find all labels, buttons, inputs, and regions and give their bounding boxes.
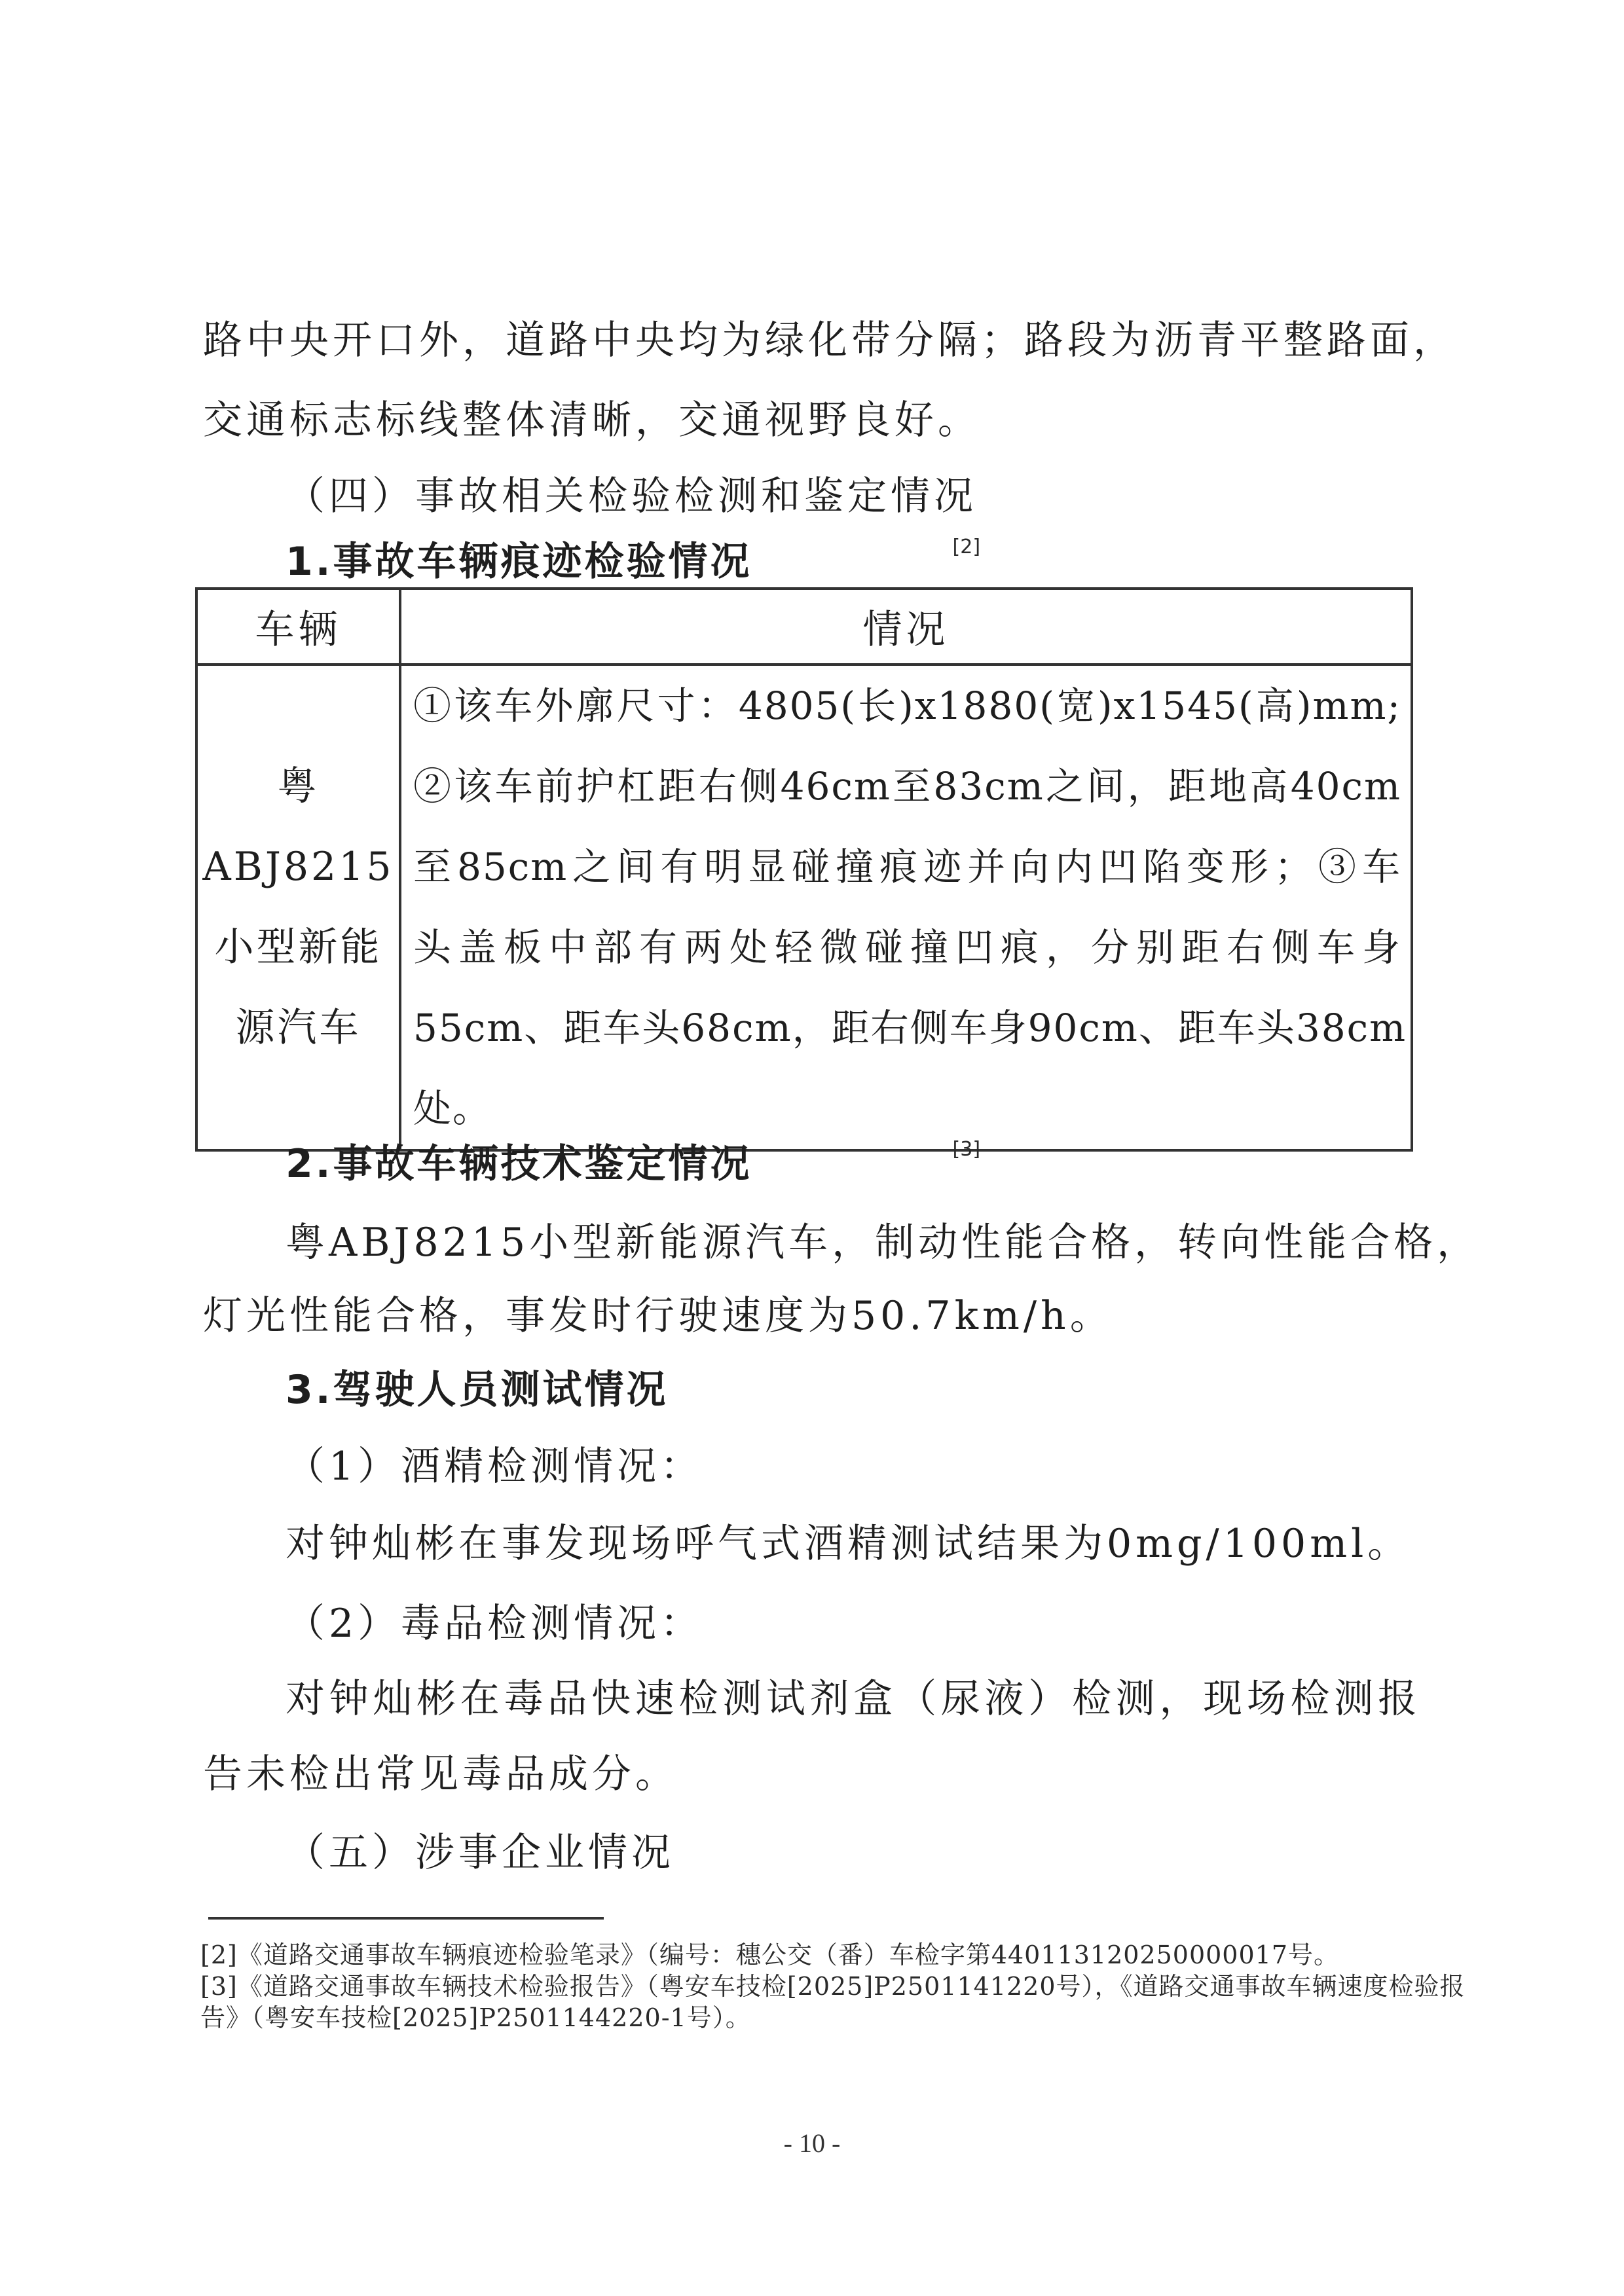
header-situation: 情况 — [400, 589, 1412, 665]
section-heading-4: （四）事故相关检验检测和鉴定情况 — [286, 470, 1421, 522]
section-heading-5: （五）涉事企业情况 — [286, 1827, 1421, 1879]
description-cell: ①该车外廓尺寸：4805(长)x1880(宽)x1545(高)mm; ②该车前护… — [400, 665, 1412, 1150]
vehicle-line: ABJ8215 — [198, 827, 399, 907]
subheading-trace-inspection: 1.事故车辆痕迹检验情况[2] — [286, 536, 1421, 588]
footnote-ref-2[interactable]: [2] — [953, 536, 981, 558]
subheading-technical-appraisal-title: 2.事故车辆技术鉴定情况 — [286, 1141, 752, 1187]
trace-inspection-table: 车辆 情况 粤 ABJ8215 小型新能 源汽车 ①该车外廓尺寸：4805(长)… — [195, 587, 1413, 1152]
description-line: 处。 — [413, 1068, 1401, 1149]
footnote-ref-3[interactable]: [3] — [953, 1138, 981, 1161]
footnote-3-line-1: [3]《道路交通事故车辆技术检验报告》（粤安车技检[2025]P25011412… — [200, 1971, 1418, 2002]
paragraph-tech-line-1: 粤ABJ8215小型新能源汽车，制动性能合格，转向性能合格， — [286, 1216, 1421, 1269]
table-header-row: 车辆 情况 — [196, 589, 1412, 665]
subheading-driver-tests: 3.驾驶人员测试情况 — [286, 1364, 1421, 1416]
table-row: 粤 ABJ8215 小型新能 源汽车 ①该车外廓尺寸：4805(长)x1880(… — [196, 665, 1412, 1150]
footnote-3-line-2: 告》（粤安车技检[2025]P2501144220-1号）。 — [200, 2002, 1418, 2033]
description-line: 至85cm之间有明显碰撞痕迹并向内凹陷变形；③车 — [413, 827, 1401, 907]
paragraph-road-line-2: 交通标志标线整体清晰，交通视野良好。 — [203, 394, 1421, 446]
paragraph-tech-line-2: 灯光性能合格，事发时行驶速度为50.7km/h。 — [203, 1290, 1421, 1342]
description-line: ①该车外廓尺寸：4805(长)x1880(宽)x1545(高)mm; — [413, 666, 1401, 746]
drug-test-line-1: 对钟灿彬在毒品快速检测试剂盒（尿液）检测，现场检测报 — [286, 1673, 1421, 1725]
header-vehicle: 车辆 — [196, 589, 400, 665]
description-line: 头盖板中部有两处轻微碰撞凹痕，分别距右侧车身 — [413, 907, 1401, 988]
footnote-2: [2]《道路交通事故车辆痕迹检验笔录》（编号：穗公交（番）车检字第4401131… — [200, 1939, 1418, 1971]
footnote-divider — [208, 1917, 604, 1920]
drug-test-heading: （2）毒品检测情况： — [286, 1597, 1421, 1650]
page-number: - 10 - — [0, 2128, 1624, 2159]
description-line: ②该车前护杠距右侧46cm至83cm之间，距地高40cm — [413, 746, 1401, 827]
alcohol-test-heading: （1）酒精检测情况： — [286, 1440, 1421, 1493]
alcohol-test-text: 对钟灿彬在事发现场呼气式酒精测试结果为0mg/100ml。 — [286, 1518, 1421, 1570]
vehicle-line: 源汽车 — [198, 988, 399, 1068]
description-line: 55cm、距车头68cm，距右侧车身90cm、距车头38cm — [413, 988, 1401, 1068]
vehicle-cell: 粤 ABJ8215 小型新能 源汽车 — [196, 665, 400, 1150]
subheading-trace-inspection-title: 1.事故车辆痕迹检验情况 — [286, 539, 752, 585]
drug-test-line-2: 告未检出常见毒品成分。 — [203, 1748, 1421, 1800]
vehicle-line: 小型新能 — [198, 907, 399, 988]
vehicle-line: 粤 — [198, 746, 399, 827]
paragraph-road-line-1: 路中央开口外，道路中央均为绿化带分隔；路段为沥青平整路面， — [203, 314, 1421, 367]
subheading-technical-appraisal: 2.事故车辆技术鉴定情况[3] — [286, 1138, 1421, 1190]
